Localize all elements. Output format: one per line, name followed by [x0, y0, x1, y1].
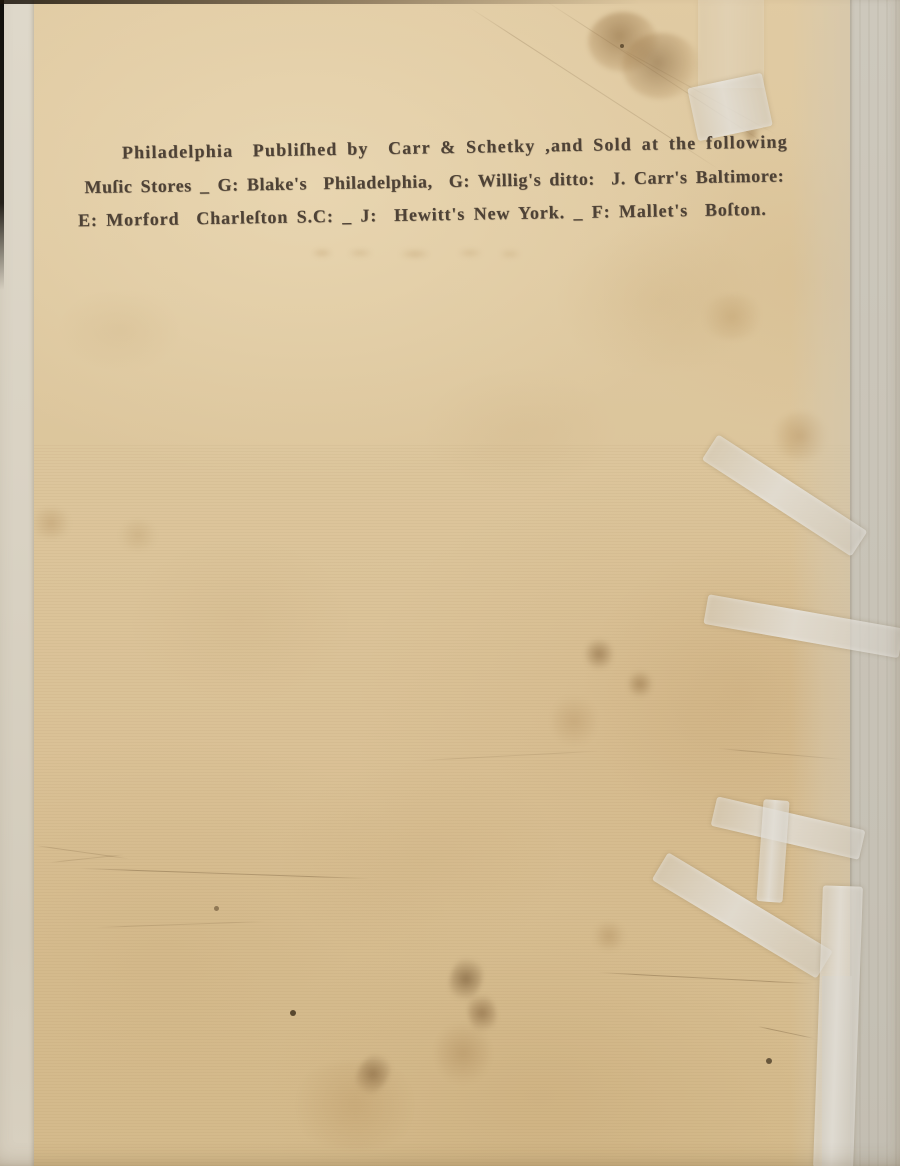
- crease-line: [50, 854, 125, 863]
- scanned-document-page: Philadelphia Publiſhed by Carr & Schetky…: [0, 0, 900, 1166]
- stain: [443, 951, 488, 1007]
- crease-line: [35, 845, 129, 859]
- stain: [592, 922, 626, 950]
- left-edge-binding-tape: [0, 0, 34, 1166]
- ink-speck: [290, 1010, 296, 1016]
- imprint-line-3: E: Morford Charleſton S.C: _ J: Hewitt's…: [78, 199, 767, 231]
- stain: [552, 695, 596, 747]
- stain: [30, 508, 72, 538]
- stain: [290, 1062, 420, 1148]
- stain: [436, 1022, 490, 1084]
- top-edge-shadow: [0, 0, 640, 4]
- ink-speck: [766, 1058, 772, 1064]
- ink-speck: [620, 44, 624, 48]
- stain: [464, 990, 500, 1037]
- stain: [118, 520, 158, 550]
- show-through-text-ghost: [310, 246, 530, 262]
- crease-line: [420, 751, 600, 761]
- imprint-line-2: Muſic Stores _ G: Blake's Philadelphia, …: [84, 165, 784, 198]
- left-edge-shadow: [0, 0, 4, 290]
- stain: [588, 12, 658, 72]
- crease-line: [80, 868, 370, 879]
- stain: [628, 670, 652, 698]
- crease-line: [95, 921, 265, 928]
- crease-line: [598, 972, 813, 984]
- ink-speck: [214, 906, 219, 911]
- stain: [585, 638, 613, 670]
- stain: [700, 295, 764, 339]
- imprint-line-1: Philadelphia Publiſhed by Carr & Schetky…: [122, 131, 788, 163]
- stain: [348, 1046, 399, 1103]
